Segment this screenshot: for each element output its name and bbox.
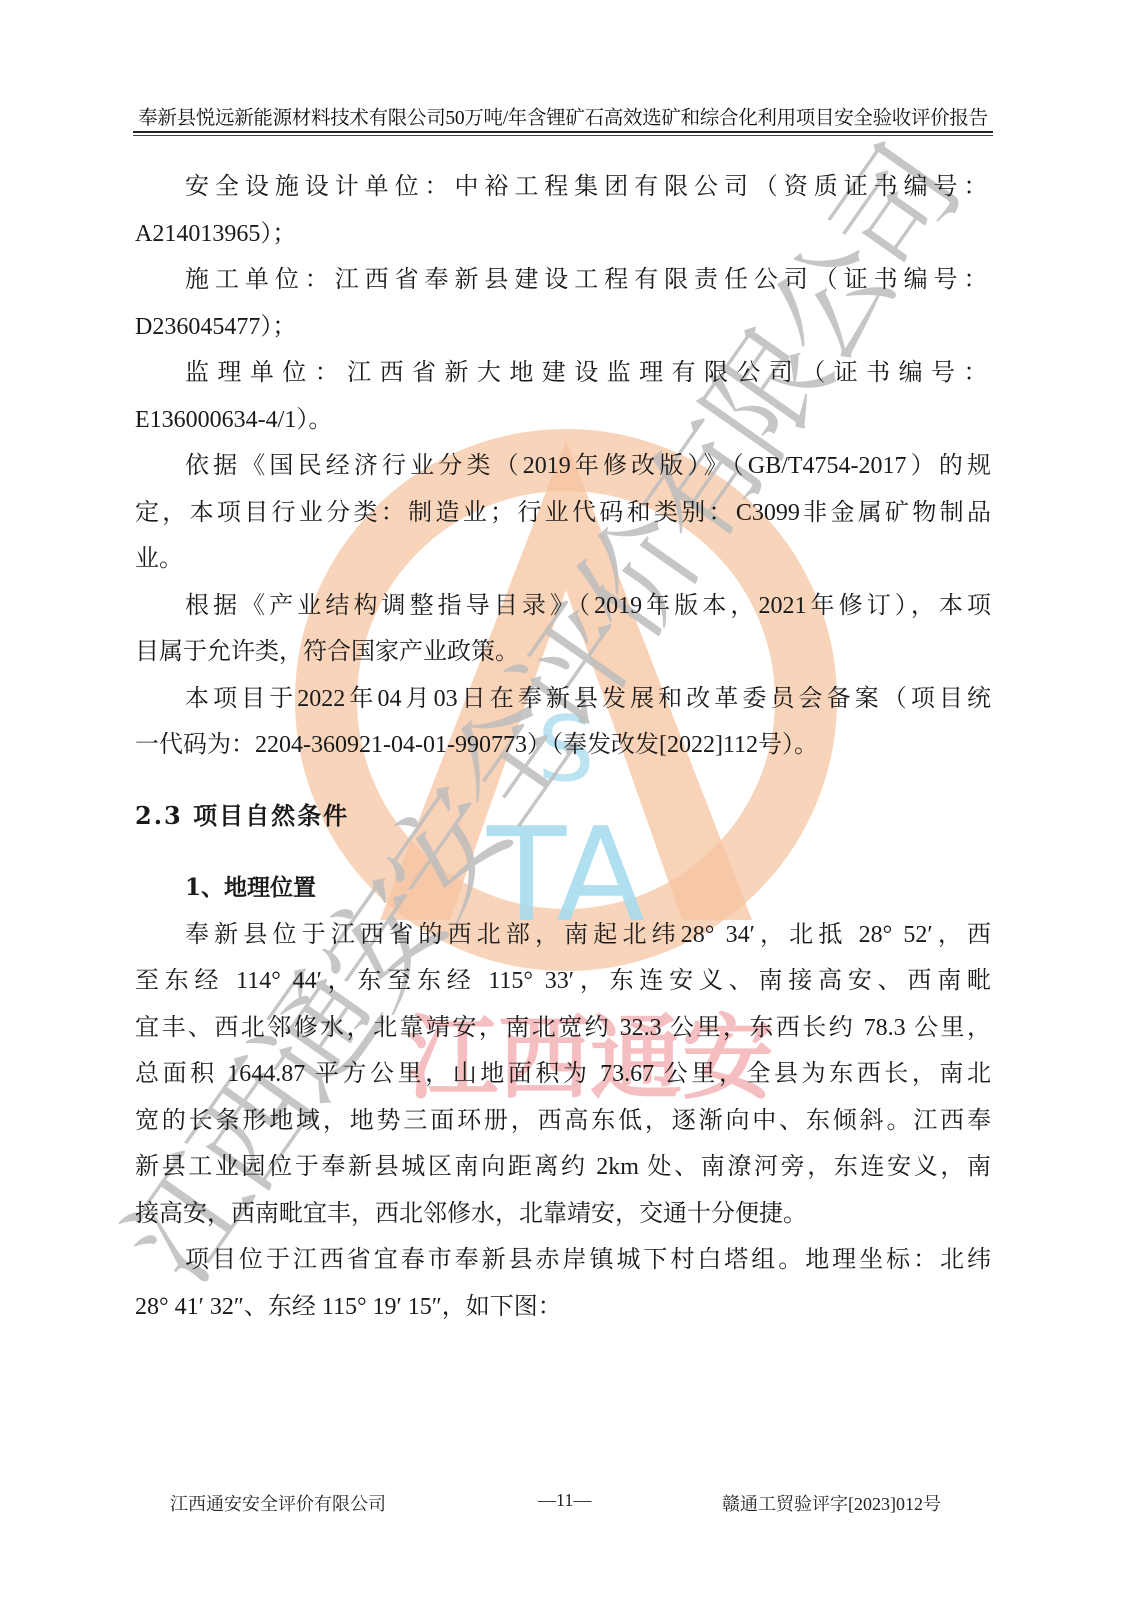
- paragraph-location-line2: 28° 41′ 32″、东经 115° 19′ 15″，如下图：: [135, 1284, 991, 1331]
- paragraph-geo-line3: 宜丰、西北邻修水，北靠靖安，南北宽约 32.3 公里，东西长约 78.3 公里，: [135, 1005, 991, 1052]
- paragraph-geo-line2: 至东经 114° 44′，东至东经 115° 33′，东连安义、南接高安、西南毗: [135, 958, 991, 1005]
- paragraph-policy-line1: 根据《产业结构调整指导目录》（2019年版本，2021年修订），本项: [135, 583, 991, 630]
- footer-company: 江西通安安全评价有限公司: [170, 1490, 386, 1516]
- footer-doc-number: 赣通工贸验评字[2023]012号: [722, 1490, 941, 1516]
- paragraph-geo-line4: 总面积 1644.87 平方公里，山地面积为 73.67 公里，全县为东西长，南…: [135, 1051, 991, 1098]
- paragraph-construction-unit-line1: 施工单位：江西省奉新县建设工程有限责任公司（证书编号：: [135, 257, 991, 304]
- paragraph-location-line1: 项目位于江西省宜春市奉新县赤岸镇城下村白塔组。地理坐标：北纬: [135, 1237, 991, 1284]
- paragraph-geo-line1: 奉新县位于江西省的西北部，南起北纬28° 34′，北抵 28° 52′，西: [135, 912, 991, 959]
- paragraph-supervision-unit-line1: 监理单位：江西省新大地建设监理有限公司（证书编号：: [135, 350, 991, 397]
- header-rule: [133, 131, 993, 133]
- section-heading: 2.3 项目自然条件: [135, 793, 991, 840]
- document-page: S TA 江西通安 江西通安安全评价有限公司 奉新县悦远新能源材料技术有限公司5…: [0, 0, 1131, 1600]
- header-rule-thin: [133, 135, 993, 136]
- paragraph-design-unit-line2: A214013965）；: [135, 211, 991, 258]
- document-body: 安全设施设计单位：中裕工程集团有限公司（资质证书编号： A214013965）；…: [135, 164, 991, 1330]
- subsection-heading: 1、地理位置: [135, 865, 991, 912]
- paragraph-geo-line6: 新县工业园位于奉新县城区南向距离约 2km 处、南潦河旁，东连安义，南: [135, 1144, 991, 1191]
- paragraph-filing-line1: 本项目于2022年04月03日在奉新县发展和改革委员会备案（项目统: [135, 676, 991, 723]
- paragraph-industry-line1: 依据《国民经济行业分类（2019年修改版）》（GB/T4754-2017）的规: [135, 443, 991, 490]
- paragraph-filing-line2: 一代码为：2204-360921-04-01-990773）（奉发改发[2022…: [135, 722, 991, 769]
- running-header: 奉新县悦远新能源材料技术有限公司50万吨/年含锂矿石高效选矿和综合化利用项目安全…: [133, 102, 993, 130]
- footer-page-number: —11—: [538, 1490, 591, 1511]
- paragraph-construction-unit-line2: D236045477）；: [135, 304, 991, 351]
- paragraph-geo-line5: 宽的长条形地域，地势三面环册，西高东低，逐渐向中、东倾斜。江西奉: [135, 1098, 991, 1145]
- paragraph-supervision-unit-line2: E136000634-4/1）。: [135, 397, 991, 444]
- paragraph-design-unit-line1: 安全设施设计单位：中裕工程集团有限公司（资质证书编号：: [135, 164, 991, 211]
- paragraph-policy-line2: 目属于允许类，符合国家产业政策。: [135, 629, 991, 676]
- paragraph-industry-line3: 业。: [135, 536, 991, 583]
- paragraph-geo-line7: 接高安，西南毗宜丰，西北邻修水，北靠靖安，交通十分便捷。: [135, 1191, 991, 1238]
- paragraph-industry-line2: 定，本项目行业分类：制造业；行业代码和类别：C3099非金属矿物制品: [135, 490, 991, 537]
